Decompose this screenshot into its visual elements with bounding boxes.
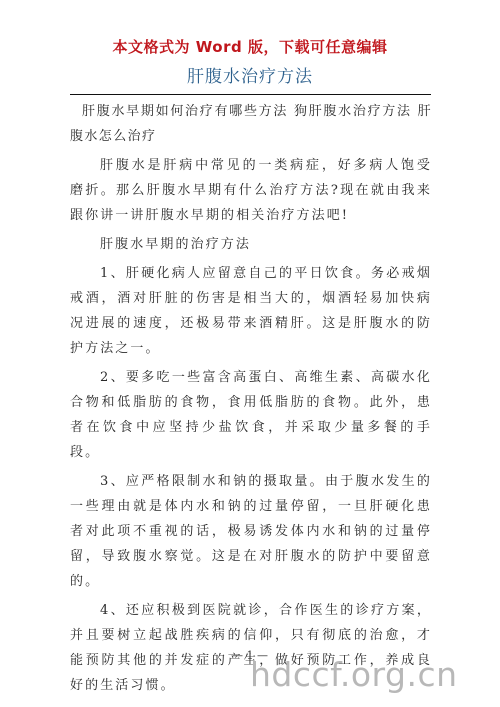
document-body: 肝腹水早期如何治疗有哪些方法 狗肝腹水治疗方法 肝腹水怎么治疗 肝腹水是肝病中常… <box>70 99 432 698</box>
method-paragraph-1: 1、肝硬化病人应留意自己的平日饮食。务必戒烟戒酒，酒对肝脏的伤害是相当大的，烟酒… <box>70 261 432 361</box>
intro-paragraph: 肝腹水是肝病中常见的一类病症，好多病人饱受磨折。那么肝腹水早期有什么治疗方法?现… <box>70 153 432 228</box>
section-heading: 肝腹水早期的治疗方法 <box>70 232 432 257</box>
keywords-line: 肝腹水早期如何治疗有哪些方法 狗肝腹水治疗方法 肝腹水怎么治疗 <box>70 99 432 149</box>
document-title: 肝腹水治疗方法 <box>0 62 500 87</box>
site-watermark: hdccf.org.cn <box>250 655 458 694</box>
title-divider <box>70 94 431 95</box>
word-format-banner: 本文格式为 Word 版，下载可任意编辑 <box>0 36 500 57</box>
method-paragraph-2: 2、要多吃一些富含高蛋白、高维生素、高碳水化合物和低脂肪的食物，食用低脂肪的食物… <box>70 365 432 465</box>
method-paragraph-3: 3、应严格限制水和钠的摄取量。由于腹水发生的一些理由就是体内水和钠的过量停留，一… <box>70 469 432 594</box>
